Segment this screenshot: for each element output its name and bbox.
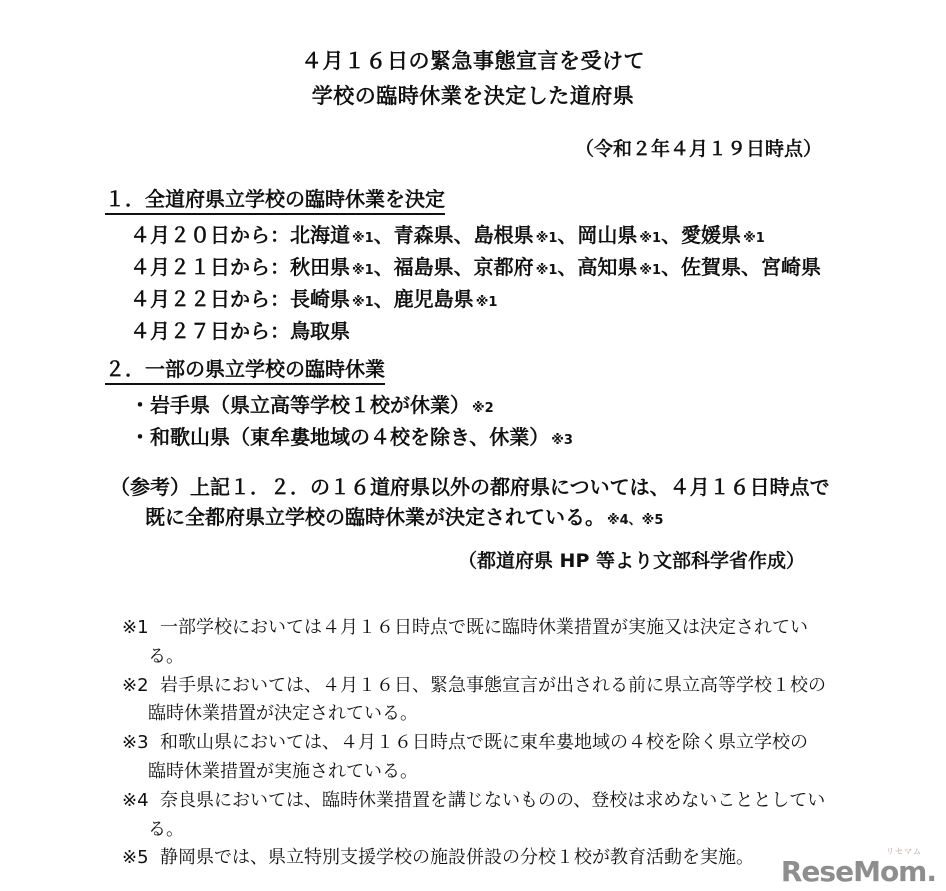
footnote-3: ※3和歌山県においては、４月１６日時点で既に東牟婁地域の４校を除く県立学校の 臨… <box>122 729 932 787</box>
footnote-4-label: ※4 <box>122 787 160 816</box>
reference-note: （参考）上記１．２．の１６道府県以外の都府県については、４月１６日時点で 既に全… <box>110 472 926 536</box>
footnote-4-line-2: る。 <box>148 816 932 845</box>
partial-item-iwate: ・岩手県（県立高等学校１校が休業）※2 <box>130 391 926 423</box>
partial-item-wakayama: ・和歌山県（東牟婁地域の４校を除き、休業）※3 <box>130 423 926 455</box>
footnote-1: ※1一部学校においては４月１６日時点で既に臨時休業措置が実施又は決定されてい る… <box>122 614 932 672</box>
footnote-3-label: ※3 <box>122 729 160 758</box>
reference-note-line-2: 既に全都府県立学校の臨時休業が決定されている。※4、※5 <box>145 502 926 536</box>
section-partial-closure: ２．一部の県立学校の臨時休業 ・岩手県（県立高等学校１校が休業）※2 ・和歌山県… <box>105 356 926 455</box>
source-attribution: （都道府県 HP 等より文部科学省作成） <box>458 546 805 573</box>
footnote-4-line-1: ※4奈良県においては、臨時休業措置を講じないものの、登校は求めないこととしてい <box>122 787 932 816</box>
footnote-2-text: 岩手県においては、４月１６日、緊急事態宣言が出される前に県立高等学校１校の <box>160 675 826 696</box>
footnote-2-label: ※2 <box>122 672 160 701</box>
footnote-3-line-2: 臨時休業措置が実施されている。 <box>148 758 932 787</box>
footnote-2: ※2岩手県においては、４月１６日、緊急事態宣言が出される前に県立高等学校１校の … <box>122 672 932 730</box>
closure-line-apr20: ４月２０日から：北海道※1、青森県、島根県※1、岡山県※1、愛媛県※1 <box>130 221 926 253</box>
text-segment: 既に全都府県立学校の臨時休業が決定されている。 <box>145 505 605 529</box>
footnote-4: ※4奈良県においては、臨時休業措置を講じないものの、登校は求めないこととしてい … <box>122 787 932 845</box>
ref-mark-3: ※3 <box>551 433 573 448</box>
ref-mark-1: ※1 <box>352 295 374 310</box>
text-segment: ・和歌山県（東牟婁地域の４校を除き、休業） <box>130 425 549 449</box>
text-segment: 、佐賀県、宮崎県 <box>661 255 821 279</box>
section-2-heading-row: ２．一部の県立学校の臨時休業 <box>105 356 926 382</box>
text-segment: ４月２１日から：秋田県 <box>130 255 350 279</box>
closure-line-apr27: ４月２７日から：鳥取県 <box>130 317 926 346</box>
footnote-3-text: 和歌山県においては、４月１６日時点で既に東牟婁地域の４校を除く県立学校の <box>160 732 808 753</box>
ref-mark-1: ※1 <box>536 231 558 246</box>
ref-mark-1: ※1 <box>639 231 661 246</box>
text-segment: 、鹿児島県 <box>374 287 474 311</box>
footnote-2-line-2: 臨時休業措置が決定されている。 <box>148 700 932 729</box>
ref-mark-1: ※1 <box>476 295 498 310</box>
resemom-logo: リセマム ReseMom. <box>808 842 938 888</box>
text-segment: 、青森県、島根県 <box>374 223 534 247</box>
text-segment: ４月２７日から：鳥取県 <box>130 319 350 343</box>
closure-line-apr22: ４月２２日から：長崎県※1、鹿児島県※1 <box>130 285 926 317</box>
ref-mark-1: ※1 <box>536 263 558 278</box>
footnote-1-label: ※1 <box>122 614 160 643</box>
title-line-2: 学校の臨時休業を決定した道府県 <box>0 79 946 114</box>
footnote-5-text: 静岡県では、県立特別支援学校の施設併設の分校１校が教育活動を実施。 <box>160 847 754 868</box>
ref-mark-1: ※1 <box>352 231 374 246</box>
footnote-1-line-2: る。 <box>148 643 932 672</box>
footnote-4-text: 奈良県においては、臨時休業措置を講じないものの、登校は求めないこととしてい <box>160 790 825 811</box>
text-segment: ・岩手県（県立高等学校１校が休業） <box>130 393 470 417</box>
footnotes-list: ※1一部学校においては４月１６日時点で既に臨時休業措置が実施又は決定されてい る… <box>122 614 932 873</box>
footnote-5-label: ※5 <box>122 844 160 873</box>
footnote-2-line-1: ※2岩手県においては、４月１６日、緊急事態宣言が出される前に県立高等学校１校の <box>122 672 932 701</box>
text-segment: 、岡山県 <box>557 223 637 247</box>
text-segment: ４月２２日から：長崎県 <box>130 287 350 311</box>
section-2-heading: ２．一部の県立学校の臨時休業 <box>105 357 385 385</box>
ref-mark-1: ※1 <box>352 263 374 278</box>
text-segment: 、愛媛県 <box>661 223 741 247</box>
reference-note-line-1: （参考）上記１．２．の１６道府県以外の都府県については、４月１６日時点で <box>110 472 926 502</box>
text-segment: ４月２０日から：北海道 <box>130 223 350 247</box>
footnote-3-line-1: ※3和歌山県においては、４月１６日時点で既に東牟婁地域の４校を除く県立学校の <box>122 729 932 758</box>
ref-mark-4-5: ※4、※5 <box>607 513 663 528</box>
as-of-date: （令和２年４月１９日時点） <box>575 134 822 161</box>
resemom-logo-text: ReseMom. <box>781 855 936 888</box>
document-title: ４月１６日の緊急事態宣言を受けて 学校の臨時休業を決定した道府県 <box>0 44 946 114</box>
section-full-closure: １．全道府県立学校の臨時休業を決定 ４月２０日から：北海道※1、青森県、島根県※… <box>105 186 926 346</box>
ref-mark-1: ※1 <box>639 263 661 278</box>
text-segment: 、高知県 <box>557 255 637 279</box>
ref-mark-1: ※1 <box>743 231 765 246</box>
footnote-1-text: 一部学校においては４月１６日時点で既に臨時休業措置が実施又は決定されてい <box>160 617 808 638</box>
section-1-heading-row: １．全道府県立学校の臨時休業を決定 <box>105 186 926 212</box>
ref-mark-2: ※2 <box>472 401 494 416</box>
section-1-heading: １．全道府県立学校の臨時休業を決定 <box>105 187 445 215</box>
text-segment: 、福島県、京都府 <box>374 255 534 279</box>
document-page: ４月１６日の緊急事態宣言を受けて 学校の臨時休業を決定した道府県 （令和２年４月… <box>0 0 946 891</box>
footnote-1-line-1: ※1一部学校においては４月１６日時点で既に臨時休業措置が実施又は決定されてい <box>122 614 932 643</box>
title-line-1: ４月１６日の緊急事態宣言を受けて <box>0 44 946 79</box>
closure-line-apr21: ４月２１日から：秋田県※1、福島県、京都府※1、高知県※1、佐賀県、宮崎県 <box>130 253 926 285</box>
